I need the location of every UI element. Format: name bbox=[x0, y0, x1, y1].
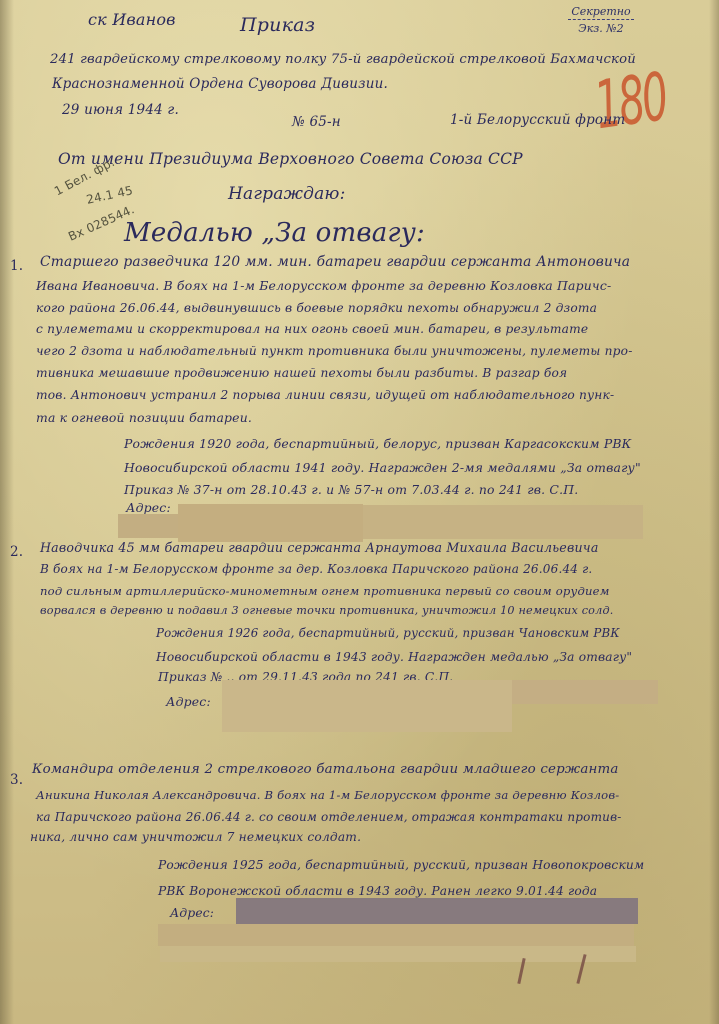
stamp-secret: Секретно bbox=[568, 5, 634, 20]
front-name: 1-й Белорусский фронт bbox=[450, 112, 625, 128]
entry-1-line: тивника мешавшие продвижению нашей пехот… bbox=[36, 366, 567, 380]
entry-1-bio: Рождения 1920 года, беспартийный, белору… bbox=[124, 436, 631, 451]
order-date: 29 июня 1944 г. bbox=[62, 102, 179, 118]
entry-2-line: под сильным артиллерийско-минометным огн… bbox=[40, 584, 610, 598]
entry-3-line: ника, лично сам уничтожил 7 немецких сол… bbox=[30, 830, 361, 844]
entry-3-number: 3. bbox=[10, 772, 23, 788]
entry-1-number: 1. bbox=[10, 258, 23, 274]
header-note: ск Иванов bbox=[88, 10, 176, 29]
document-page: ск Иванов Приказ Секретно Экз. №2 180 24… bbox=[0, 0, 719, 1024]
award-verb: Награждаю: bbox=[228, 184, 346, 204]
entry-1-line: с пулеметами и скорректировал на них ого… bbox=[36, 322, 588, 336]
redaction-box bbox=[178, 504, 363, 542]
unit-line-1: 241 гвардейскому стрелковому полку 75-й … bbox=[50, 52, 636, 67]
entry-1-line: тов. Антонович устранил 2 порыва линии с… bbox=[36, 388, 614, 402]
entry-3-bio: РВК Воронежской области в 1943 году. Ран… bbox=[158, 884, 597, 898]
red-pencil-annotation: 180 bbox=[590, 58, 671, 144]
entry-2-address-label: Адрес: bbox=[166, 694, 211, 709]
entry-3-bio: Рождения 1925 года, беспартийный, русски… bbox=[158, 858, 644, 872]
redaction-box bbox=[160, 946, 636, 962]
entry-2-number: 2. bbox=[10, 544, 23, 560]
entry-2-bio: Новосибирской области в 1943 году. Награ… bbox=[156, 650, 632, 664]
redaction-box bbox=[363, 505, 643, 539]
entry-1-line: Ивана Ивановича. В боях на 1-м Белорусск… bbox=[36, 278, 611, 293]
unit-line-2: Краснознаменной Ордена Суворова Дивизии. bbox=[52, 76, 388, 92]
entry-1-line: Старшего разведчика 120 мм. мин. батареи… bbox=[40, 254, 630, 270]
entry-3-line: Аникина Николая Александровича. В боях н… bbox=[36, 788, 619, 802]
redaction-box bbox=[236, 898, 638, 924]
entry-2-line: ворвался в деревню и подавил 3 огневые т… bbox=[40, 604, 614, 617]
entry-2-bio: Рождения 1926 года, беспартийный, русски… bbox=[156, 626, 620, 640]
entry-1-line: та к огневой позиции батареи. bbox=[36, 410, 252, 425]
redaction-box bbox=[222, 680, 512, 732]
entry-1-line: кого района 26.06.44, выдвинувшись в бое… bbox=[36, 301, 597, 315]
document-title: Приказ bbox=[240, 14, 315, 36]
entry-1-bio: Приказ № 37-н от 28.10.43 г. и № 57-н от… bbox=[124, 482, 578, 497]
entry-1-address-label: Адрес: bbox=[126, 500, 171, 515]
preamble: От имени Президиума Верховного Совета Со… bbox=[58, 150, 523, 168]
redaction-box bbox=[512, 680, 658, 704]
entry-2-line: Наводчика 45 мм батареи гвардии сержанта… bbox=[40, 540, 599, 555]
order-number: № 65-н bbox=[292, 114, 341, 130]
entry-1-line: чего 2 дзота и наблюдательный пункт прот… bbox=[36, 344, 633, 358]
entry-3-line: ка Паричского района 26.06.44 г. со свои… bbox=[36, 810, 622, 824]
entry-1-bio: Новосибирской области 1941 году. Награжд… bbox=[124, 460, 641, 475]
redaction-box bbox=[118, 514, 178, 538]
entry-3-line: Командира отделения 2 стрелкового баталь… bbox=[32, 762, 619, 777]
secrecy-stamp: Секретно Экз. №2 bbox=[562, 0, 640, 44]
redaction-box bbox=[158, 924, 634, 946]
stamp-copy-number: Экз. №2 bbox=[578, 22, 623, 35]
entry-2-line: В боях на 1-м Белорусском фронте за дер.… bbox=[40, 562, 592, 576]
entry-3-address-label: Адрес: bbox=[170, 906, 214, 920]
medal-name: Медалью „За отвагу: bbox=[124, 218, 425, 248]
